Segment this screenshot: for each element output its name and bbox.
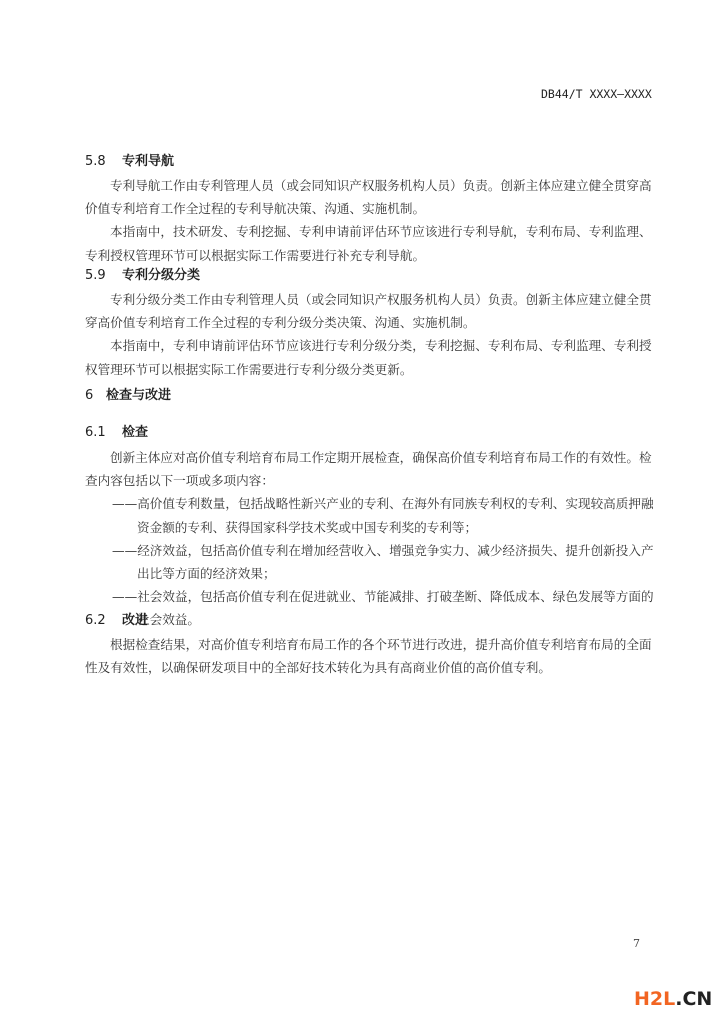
section-title: 检查 bbox=[122, 425, 148, 440]
section-heading-6-2: 6.2改进 bbox=[85, 609, 148, 628]
section-number: 6.1 bbox=[85, 425, 122, 440]
section-title: 改进 bbox=[122, 613, 148, 628]
section-6-1-body: 创新主体应对高价值专利培育布局工作定期开展检查，确保高价值专利培育布局工作的有效… bbox=[85, 446, 655, 632]
section-title: 检查与改进 bbox=[106, 388, 171, 403]
list-item: ——高价值专利数量，包括战略性新兴产业的专利、在海外有同族专利权的专利、实现较高… bbox=[85, 492, 655, 515]
section-number: 5.9 bbox=[85, 268, 122, 283]
document-code: DB44/T XXXX—XXXX bbox=[541, 87, 652, 101]
section-heading-5-8: 5.8专利导航 bbox=[85, 150, 174, 169]
section-number: 6.2 bbox=[85, 613, 122, 628]
paragraph-line: 性及有效性，以确保研发项目中的全部好技术转化为具有高商业价值的高价值专利。 bbox=[85, 656, 655, 679]
paragraph-line: 穿高价值专利培育工作全过程的专利分级分类决策、沟通、实施机制。 bbox=[85, 311, 655, 334]
paragraph-line: 本指南中，技术研发、专利挖掘、专利申请前评估环节应该进行专利导航，专利布局、专利… bbox=[85, 220, 655, 243]
paragraph-line: 根据检查结果，对高价值专利培育布局工作的各个环节进行改进，提升高价值专利培育布局… bbox=[85, 633, 655, 656]
section-heading-6-1: 6.1检查 bbox=[85, 421, 148, 440]
section-heading-5-9: 5.9专利分级分类 bbox=[85, 264, 200, 283]
paragraph-line: 专利导航工作由专利管理人员（或会同知识产权服务机构人员）负责。创新主体应建立健全… bbox=[85, 174, 655, 197]
watermark-part-b: .CN bbox=[675, 988, 712, 1010]
paragraph-line: 查内容包括以下一项或多项内容： bbox=[85, 469, 655, 492]
list-item-continuation: 社会效益。 bbox=[85, 608, 655, 631]
paragraph-line: 权管理环节可以根据实际工作需要进行专利分级分类更新。 bbox=[85, 358, 655, 381]
paragraph-line: 价值专利培育工作全过程的专利导航决策、沟通、实施机制。 bbox=[85, 197, 655, 220]
section-title: 专利导航 bbox=[122, 154, 174, 169]
watermark-logo: H2L.CN bbox=[634, 988, 712, 1010]
section-5-8-body: 专利导航工作由专利管理人员（或会同知识产权服务机构人员）负责。创新主体应建立健全… bbox=[85, 174, 655, 267]
paragraph-line: 专利分级分类工作由专利管理人员（或会同知识产权服务机构人员）负责。创新主体应建立… bbox=[85, 288, 655, 311]
section-title: 专利分级分类 bbox=[122, 268, 200, 283]
section-5-9-body: 专利分级分类工作由专利管理人员（或会同知识产权服务机构人员）负责。创新主体应建立… bbox=[85, 288, 655, 381]
page-number: 7 bbox=[633, 937, 640, 950]
list-item-continuation: 资金额的专利、获得国家科学技术奖或中国专利奖的专利等； bbox=[85, 516, 655, 539]
paragraph-line: 本指南中，专利申请前评估环节应该进行专利分级分类，专利挖掘、专利布局、专利监理、… bbox=[85, 334, 655, 357]
watermark-part-a: H2L bbox=[634, 988, 675, 1010]
list-item: ——社会效益，包括高价值专利在促进就业、节能减排、打破垄断、降低成本、绿色发展等… bbox=[85, 585, 655, 608]
section-6-2-body: 根据检查结果，对高价值专利培育布局工作的各个环节进行改进，提升高价值专利培育布局… bbox=[85, 633, 655, 679]
section-heading-6: 6检查与改进 bbox=[85, 384, 171, 403]
list-item: ——经济效益，包括高价值专利在增加经营收入、增强竞争实力、减少经济损失、提升创新… bbox=[85, 539, 655, 562]
section-number: 5.8 bbox=[85, 154, 122, 169]
list-item-continuation: 出比等方面的经济效果； bbox=[85, 562, 655, 585]
paragraph-line: 创新主体应对高价值专利培育布局工作定期开展检查，确保高价值专利培育布局工作的有效… bbox=[85, 446, 655, 469]
section-number: 6 bbox=[85, 388, 106, 403]
